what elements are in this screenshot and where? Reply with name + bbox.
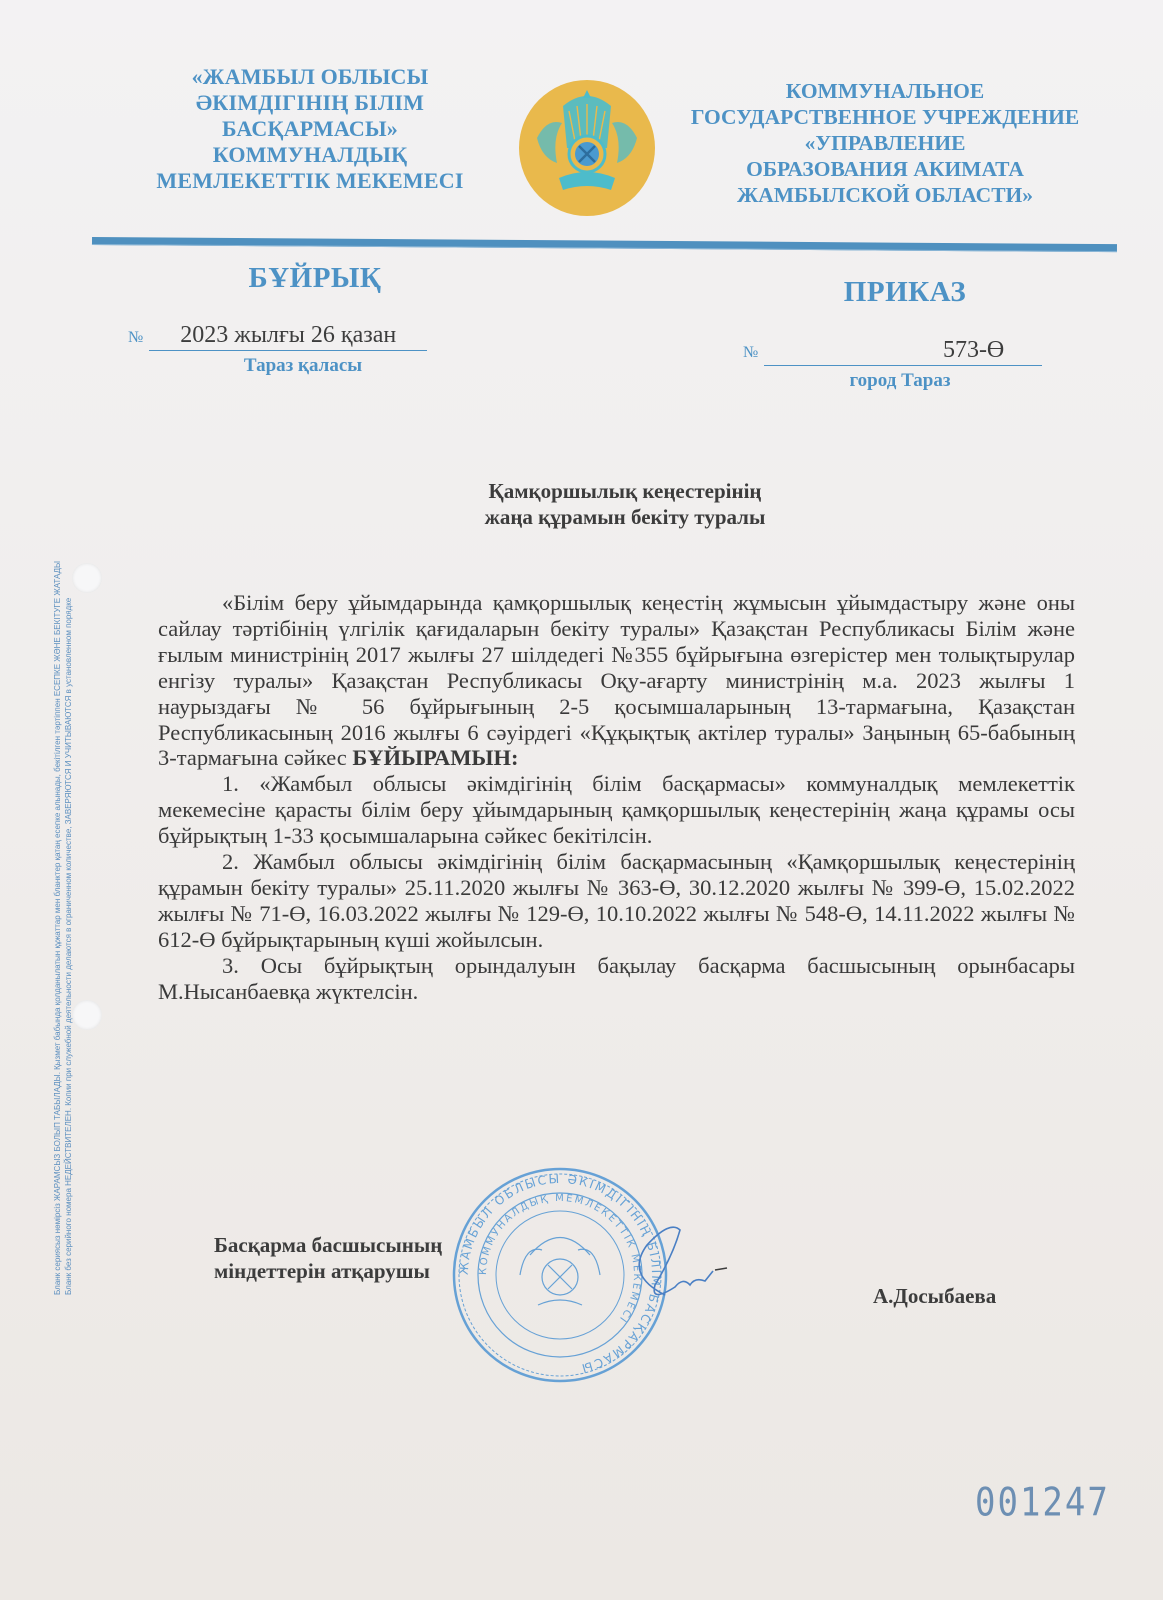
- margin-note-line: Бланк сериясыз нөмірсіз ЖАРАМСЫЗ БОЛЫП Т…: [52, 515, 63, 1295]
- signatory-position: Басқарма басшысының міндеттерін атқарушы: [214, 1232, 442, 1284]
- signatory-name: А.Досыбаева: [873, 1284, 996, 1309]
- header-kz-line: КОММУНАЛДЫҚ: [130, 142, 490, 168]
- order-number-row: № 573-Ө: [743, 337, 1042, 366]
- preamble-paragraph: «Білім беру ұйымдарында қамқоршылық кеңе…: [158, 590, 1075, 771]
- blank-serial-number: 001247: [975, 1480, 1110, 1526]
- header-kz-line: «ЖАМБЫЛ ОБЛЫСЫ: [130, 64, 490, 90]
- header-ru-line: ОБРАЗОВАНИЯ АКИМАТА: [670, 156, 1100, 182]
- header-ru-line: КОММУНАЛЬНОЕ: [670, 78, 1100, 104]
- handwritten-signature-icon: [595, 1215, 755, 1315]
- document-title-line: Қамқоршылық кеңестерінің: [400, 478, 850, 504]
- city-ru: город Тараз: [825, 370, 975, 392]
- header-ru-line: ГОСУДАРСТВЕННОЕ УЧРЕЖДЕНИЕ: [670, 104, 1100, 130]
- order-number-field: 573-Ө: [764, 337, 1042, 366]
- header-kz-line: МЕМЛЕКЕТТІК МЕКЕМЕСІ: [130, 168, 490, 194]
- city-kz: Тараз қаласы: [218, 355, 388, 377]
- header-kz-organization: «ЖАМБЫЛ ОБЛЫСЫ ӘКІМДІГІНІҢ БІЛІМ БАСҚАРМ…: [130, 64, 490, 194]
- order-item-1: 1. «Жамбыл облысы әкімдігінің білім басқ…: [158, 771, 1075, 849]
- header-ru-line: ЖАМБЫЛСКОЙ ОБЛАСТИ»: [670, 182, 1100, 208]
- header-ru-line: «УПРАВЛЕНИЕ: [670, 130, 1100, 156]
- signatory-position-line: Басқарма басшысының: [214, 1232, 442, 1258]
- header-kz-line: БАСҚАРМАСЫ»: [130, 116, 490, 142]
- number-sign: №: [743, 344, 758, 366]
- document-body: «Білім беру ұйымдарында қамқоршылық кеңе…: [158, 590, 1075, 1005]
- number-sign: №: [128, 329, 143, 351]
- order-title-kz: БҰЙРЫҚ: [210, 262, 420, 295]
- order-date-row: № 2023 жылғы 26 қазан: [128, 322, 427, 351]
- order-word: БҰЙЫРАМЫН:: [352, 745, 518, 770]
- header-ru-organization: КОММУНАЛЬНОЕ ГОСУДАРСТВЕННОЕ УЧРЕЖДЕНИЕ …: [670, 78, 1100, 208]
- order-title-ru: ПРИКАЗ: [820, 276, 990, 309]
- header-divider: [92, 237, 1117, 252]
- order-item-2: 2. Жамбыл облысы әкімдігінің білім басқа…: [158, 849, 1075, 953]
- punch-hole: [72, 563, 102, 593]
- state-emblem-icon: [517, 78, 657, 218]
- punch-hole: [72, 1000, 102, 1030]
- document-page: «ЖАМБЫЛ ОБЛЫСЫ ӘКІМДІГІНІҢ БІЛІМ БАСҚАРМ…: [0, 0, 1163, 1600]
- margin-note-line: Бланк без серийного номера НЕДЕЙСТВИТЕЛЕ…: [63, 515, 74, 1295]
- document-title: Қамқоршылық кеңестерінің жаңа құрамын бе…: [400, 478, 850, 530]
- margin-note: Бланк сериясыз нөмірсіз ЖАРАМСЫЗ БОЛЫП Т…: [52, 515, 102, 1295]
- document-title-line: жаңа құрамын бекіту туралы: [400, 504, 850, 530]
- signatory-position-line: міндеттерін атқарушы: [214, 1258, 442, 1284]
- preamble-text: «Білім беру ұйымдарында қамқоршылық кеңе…: [158, 590, 1075, 770]
- order-date-field: 2023 жылғы 26 қазан: [149, 322, 427, 351]
- order-item-3: 3. Осы бұйрықтың орындалуын бақылау басқ…: [158, 953, 1075, 1005]
- header-kz-line: ӘКІМДІГІНІҢ БІЛІМ: [130, 90, 490, 116]
